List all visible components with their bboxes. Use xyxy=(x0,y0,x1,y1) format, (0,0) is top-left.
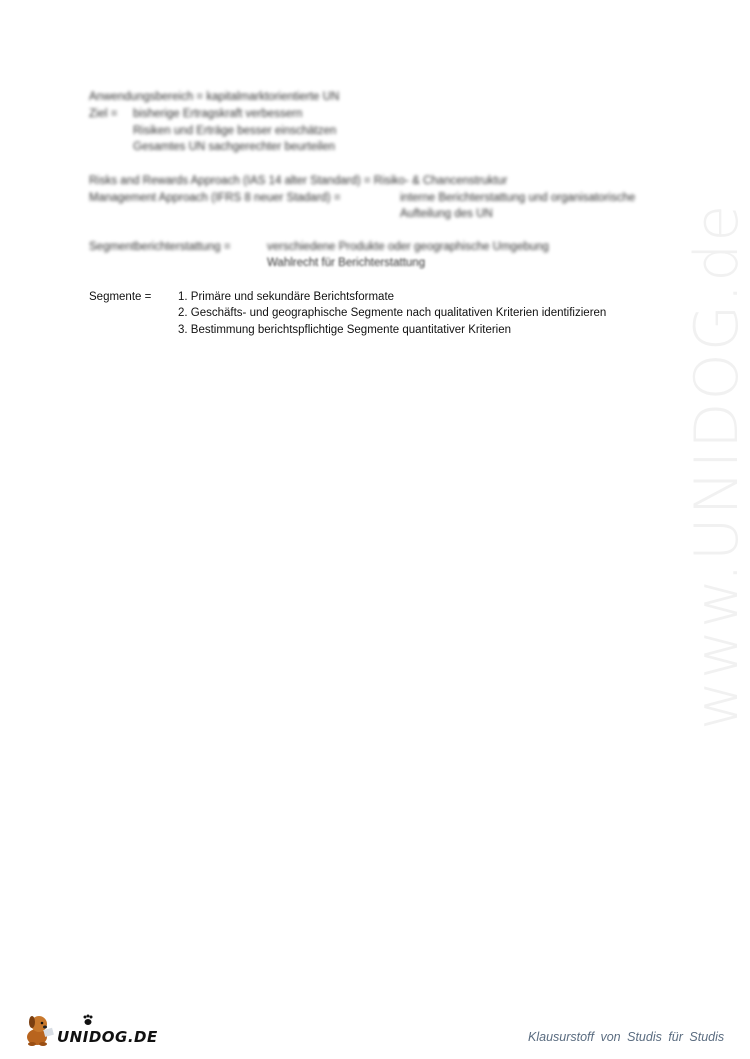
blurred-line: Management Approach (IFRS 8 neuer Stadar… xyxy=(89,191,341,205)
paw-icon xyxy=(82,1014,94,1026)
dog-icon xyxy=(22,1012,58,1048)
blurred-line: Wahlrecht für Berichterstattung xyxy=(267,256,425,270)
segmente-item: 2. Geschäfts- und geographische Segmente… xyxy=(178,306,606,320)
blurred-line: bisherige Ertragskraft verbessern xyxy=(133,107,302,121)
logo-text: UNIDOG.DE xyxy=(57,1028,158,1046)
blurred-line: Risks and Rewards Approach (IAS 14 alter… xyxy=(89,174,507,188)
watermark: www.UNIDOG.de xyxy=(682,203,750,730)
blurred-line: Aufteilung des UN xyxy=(400,207,493,221)
segmente-item: 3. Bestimmung berichtspflichtige Segment… xyxy=(178,323,511,337)
blurred-line: Risiken und Erträge besser einschätzen xyxy=(133,124,336,138)
blurred-line: Gesamtes UN sachgerechter beurteilen xyxy=(133,140,335,154)
unidog-logo: UNIDOG.DE xyxy=(20,1012,160,1050)
segmente-item: 1. Primäre und sekundäre Berichtsformate xyxy=(178,290,394,304)
footer-tagline: Klausurstoff von Studis für Studis xyxy=(528,1030,724,1044)
segmente-label: Segmente = xyxy=(89,290,151,304)
blurred-line: Anwendungsbereich = kapitalmarktorientie… xyxy=(89,90,339,104)
blurred-line: Segmentberichterstattung = xyxy=(89,240,231,254)
blurred-line: Ziel = xyxy=(89,107,117,121)
blurred-line: interne Berichterstattung und organisato… xyxy=(400,191,635,205)
blurred-line: verschiedene Produkte oder geographische… xyxy=(267,240,549,254)
